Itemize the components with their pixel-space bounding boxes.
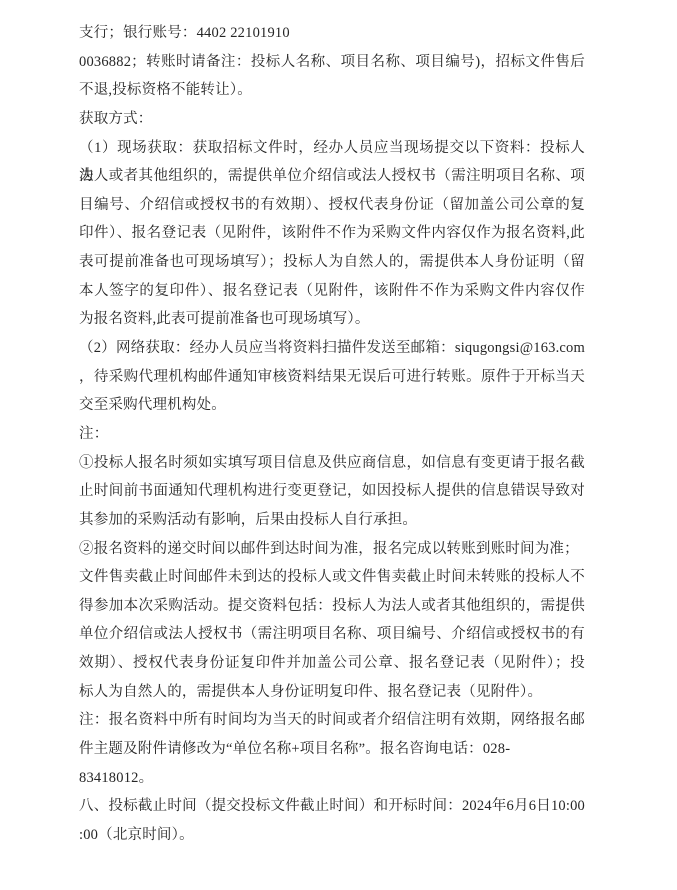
doc-line-onsite-1: （1）现场获取：获取招标文件时，经办人员应当现场提交以下资料：投标人为 <box>79 134 585 163</box>
doc-line-deadline-2: :00（北京时间）。 <box>79 821 585 850</box>
doc-line-acquisition-heading: 获取方式： <box>79 105 585 134</box>
doc-line-note-heading: 注： <box>79 420 585 449</box>
doc-line-note2-1: ②报名资料的递交时间以邮件到达时间为准，报名完成以转账到账时间为准； <box>79 535 585 564</box>
doc-line-deadline-1: 八、投标截止时间（提交投标文件截止时间）和开标时间：2024年6月6日10:00 <box>79 792 585 821</box>
doc-line-final-note-phone: 件主题及附件请修改为“单位名称+项目名称”。报名咨询电话：028- <box>79 735 585 764</box>
doc-line-online-2: ，待采购代理机构邮件通知审核资料结果无误后可进行转账。原件于开标当天 <box>79 363 585 392</box>
doc-line-note2-5: 效期）、授权代表身份证复印件并加盖公司公章、报名登记表（见附件）；投 <box>79 649 585 678</box>
doc-line-no-refund: 不退,投标资格不能转让）。 <box>79 76 585 105</box>
doc-line-note2-4: 单位介绍信或法人授权书（需注明项目名称、项目编号、介绍信或授权书的有 <box>79 620 585 649</box>
doc-line-onsite-3: 目编号、介绍信或授权书的有效期）、授权代表身份证（留加盖公司公章的复 <box>79 191 585 220</box>
doc-line-onsite-6: 本人签字的复印件）、报名登记表（见附件，该附件不作为采购文件内容仅作 <box>79 277 585 306</box>
doc-line-note2-6: 标人为自然人的，需提供本人身份证明复印件、报名登记表（见附件）。 <box>79 678 585 707</box>
document-page: 支行；银行账号：4402 22101910 0036882；转账时请备注：投标人… <box>0 0 677 890</box>
doc-line-note1-2: 止时间前书面通知代理机构进行变更登记，如因投标人提供的信息错误导致对 <box>79 477 585 506</box>
doc-line-onsite-2: 法人或者其他组织的，需提供单位介绍信或法人授权书（需注明项目名称、项 <box>79 162 585 191</box>
doc-line-phone-continued: 83418012。 <box>79 764 585 793</box>
doc-line-onsite-4: 印件）、报名登记表（见附件，该附件不作为采购文件内容仅作为报名资料,此 <box>79 219 585 248</box>
doc-line-note2-2: 文件售卖截止时间邮件未到达的投标人或文件售卖截止时间未转账的投标人不 <box>79 563 585 592</box>
doc-line-onsite-5: 表可提前准备也可现场填写）；投标人为自然人的，需提供本人身份证明（留 <box>79 248 585 277</box>
doc-line-note1-1: ①投标人报名时须如实填写项目信息及供应商信息，如信息有变更请于报名截 <box>79 449 585 478</box>
doc-line-note2-3: 得参加本次采购活动。提交资料包括：投标人为法人或者其他组织的，需提供 <box>79 592 585 621</box>
doc-line-bank-account-2: 0036882；转账时请备注：投标人名称、项目名称、项目编号)，招标文件售后 <box>79 48 585 77</box>
doc-line-note1-3: 其参加的采购活动有影响，后果由投标人自行承担。 <box>79 506 585 535</box>
doc-line-bank-account-1: 支行；银行账号：4402 22101910 <box>79 19 585 48</box>
doc-line-final-note-1: 注：报名资料中所有时间均为当天的时间或者介绍信注明有效期，网络报名邮 <box>79 706 585 735</box>
doc-line-onsite-7: 为报名资料,此表可提前准备也可现场填写）。 <box>79 305 585 334</box>
doc-line-online-email: （2）网络获取：经办人员应当将资料扫描件发送至邮箱：siqugongsi@163… <box>79 334 585 363</box>
document-text-block: 支行；银行账号：4402 22101910 0036882；转账时请备注：投标人… <box>79 19 585 850</box>
doc-line-online-3: 交至采购代理机构处。 <box>79 391 585 420</box>
